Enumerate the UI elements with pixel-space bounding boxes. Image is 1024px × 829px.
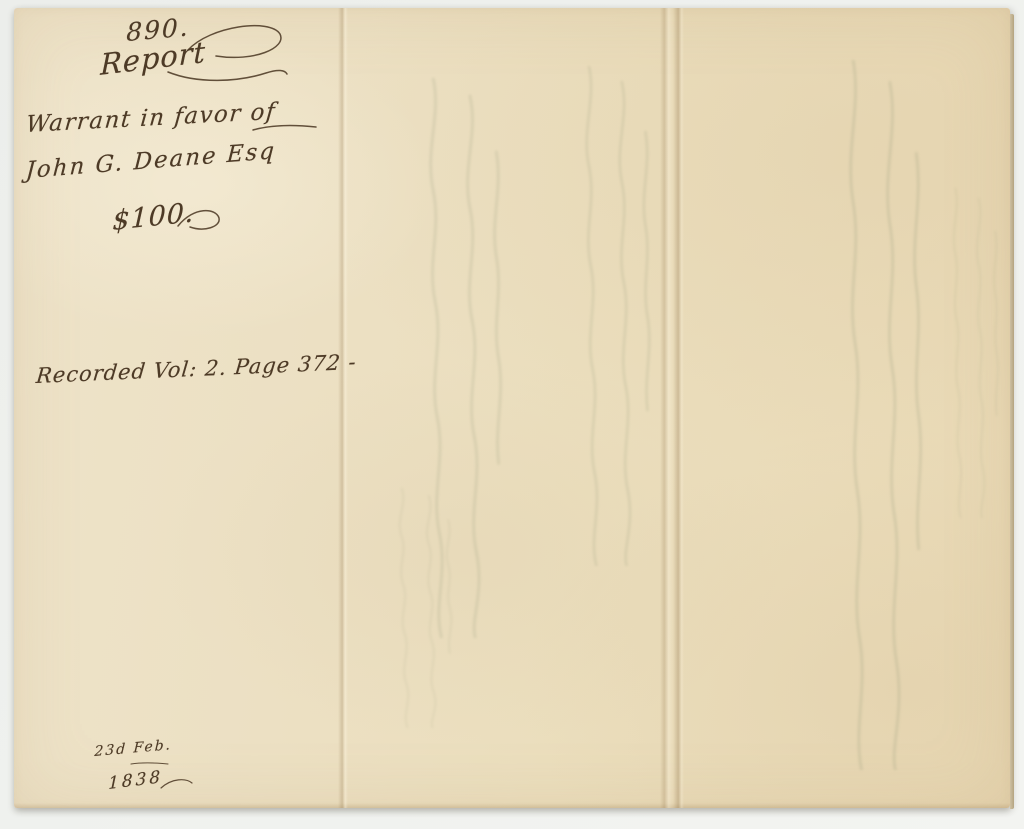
docket-title: Report [100,35,206,82]
amount: $100. [112,197,195,237]
warrant-line-1: Warrant in favor of [25,99,277,138]
ink-bleedthrough-marks [412,78,507,638]
ink-bleedthrough-marks [386,488,456,728]
flourish-ornament-feb-underline [130,760,170,768]
fold-crease-left [338,8,348,808]
flourish-ornament-year [160,776,194,792]
document-page: 890. Report Warrant in favor of John G. … [14,8,1010,808]
date-day: 23d Feb. [94,737,172,760]
ink-bleedthrough-marks [832,60,927,770]
ink-bleedthrough-marks [942,188,1002,518]
fold-crease-right [660,8,684,808]
recorded-line: Recorded Vol: 2. Page 372 - [35,350,358,388]
date-year: 1838 [108,767,163,794]
warrant-line-2: John G. Deane Esq [25,138,277,184]
scanned-document-background: 890. Report Warrant in favor of John G. … [0,0,1024,829]
ink-bleedthrough-marks [570,66,655,566]
